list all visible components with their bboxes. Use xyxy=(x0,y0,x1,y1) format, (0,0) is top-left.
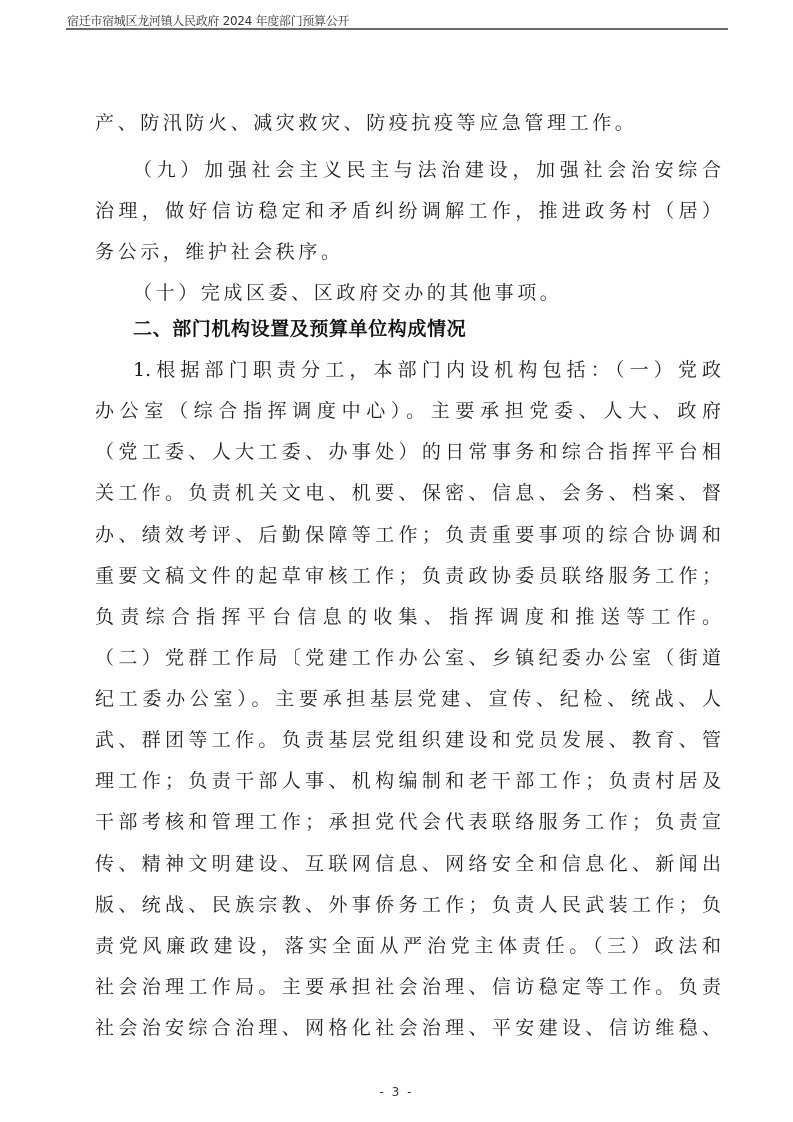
text-line: （二）党群工作局〔党建工作办公室、乡镇纪委办公室（街道 xyxy=(95,643,721,673)
text-line: 干部考核和管理工作；承担党代会代表联络服务工作；负责宣 xyxy=(95,807,721,837)
section-heading: 二、部门机构设置及预算单位构成情况 xyxy=(133,314,721,344)
text-line: 社会治安综合治理、网格化社会治理、平安建设、信访维稳、 xyxy=(95,1013,721,1043)
text-line: （党工委、人大工委、办事处）的日常事务和综合指挥平台相 xyxy=(95,437,721,467)
text-line: 社会治理工作局。主要承担社会治理、信访稳定等工作。负责 xyxy=(95,972,721,1002)
text-line: 纪工委办公室）。主要承担基层党建、宣传、纪检、统战、人 xyxy=(95,684,721,714)
text-line: （十）完成区委、区政府交办的其他事项。 xyxy=(133,278,721,308)
text-line: 传、精神文明建设、互联网信息、网络安全和信息化、新闻出 xyxy=(95,849,721,879)
text-line: 办、绩效考评、后勤保障等工作；负责重要事项的综合协调和 xyxy=(95,520,721,550)
text-line: 关工作。负责机关文电、机要、保密、信息、会务、档案、督 xyxy=(95,478,721,508)
page-header: 宿迁市宿城区龙河镇人民政府 2024 年度部门预算公开 xyxy=(67,10,727,30)
text-line: 重要文稿文件的起草审核工作；负责政协委员联络服务工作； xyxy=(95,561,721,591)
text-line: （九）加强社会主义民主与法治建设，加强社会治安综合 xyxy=(133,155,721,185)
text-line: 办公室（综合指挥调度中心）。主要承担党委、人大、政府 xyxy=(95,396,721,426)
text-line: 负责综合指挥平台信息的收集、指挥调度和推送等工作。 xyxy=(95,602,721,632)
header-divider xyxy=(66,28,728,30)
text-line: 产、防汛防火、减灾救灾、防疫抗疫等应急管理工作。 xyxy=(95,108,721,138)
text-line: 版、统战、民族宗教、外事侨务工作；负责人民武装工作；负 xyxy=(95,890,721,920)
text-line: 治理，做好信访稳定和矛盾纠纷调解工作，推进政务村（居） xyxy=(95,196,721,226)
text-line: 责党风廉政建设，落实全面从严治党主体责任。（三）政法和 xyxy=(95,931,721,961)
header-title: 宿迁市宿城区龙河镇人民政府 2024 年度部门预算公开 xyxy=(67,12,349,29)
page-number: - 3 - xyxy=(0,1085,793,1099)
text-line: 1.根据部门职责分工，本部门内设机构包括：（一）党政 xyxy=(133,355,721,385)
text-line: 理工作；负责干部人事、机构编制和老干部工作；负责村居及 xyxy=(95,766,721,796)
text-line: 务公示，维护社会秩序。 xyxy=(95,237,721,267)
text-line: 武、群团等工作。负责基层党组织建设和党员发展、教育、管 xyxy=(95,725,721,755)
